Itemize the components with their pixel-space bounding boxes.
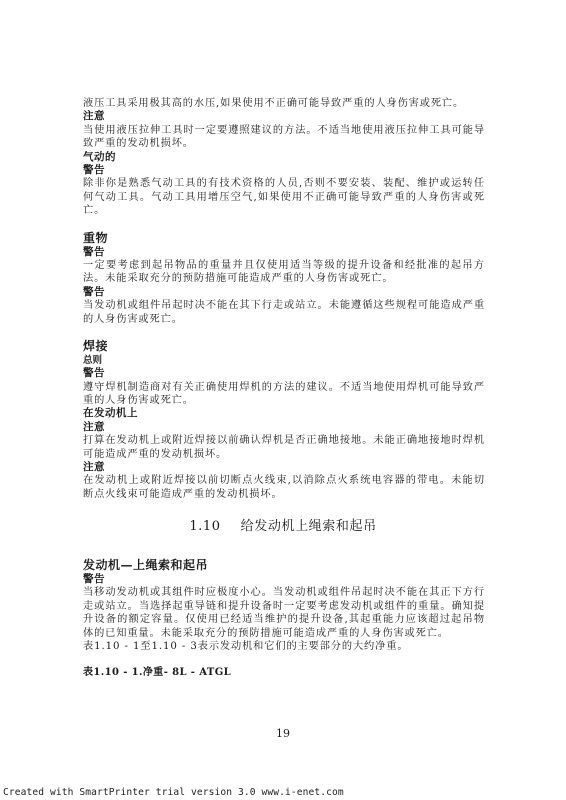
welding-on-engine-heading: 在发动机上 <box>83 407 485 420</box>
hydraulic-caution-text: 当使用液压拉伸工具时一定要遵照建议的方法。不适当地使用液压拉伸工具可能导致严重的… <box>83 124 485 151</box>
table-caption: 表1.10 - 1.净重- 8L - ATGL <box>83 666 485 679</box>
pneumatic-heading: 气动的 <box>83 151 485 164</box>
chapter-title: 1.10给发动机上绳索和起吊 <box>0 515 566 534</box>
pneumatic-warning-text: 除非你是熟悉气动工具的有技术资格的人员,否则不要安装、装配、维护或运转任何气动工… <box>83 177 485 217</box>
document-body-top: 液压工具采用极其高的水压,如果使用不正确可能导致严重的人身伤害或死亡。 注意 当… <box>83 97 485 501</box>
spacer <box>83 218 485 231</box>
rigging-heading: 发动机—上绳索和起吊 <box>83 558 485 573</box>
document-body-rigging: 发动机—上绳索和起吊 警告 当移动发动机或其组件时应极度小心。当发动机或组件吊起… <box>83 558 485 679</box>
warning-label: 警告 <box>83 246 485 259</box>
caution-label: 注意 <box>83 110 485 123</box>
heavy-objects-heading: 重物 <box>83 231 485 246</box>
watermark-footer: Created with SmartPrinter trial version … <box>3 787 344 798</box>
warning-label: 警告 <box>83 573 485 586</box>
hydraulic-warning-text: 液压工具采用极其高的水压,如果使用不正确可能导致严重的人身伤害或死亡。 <box>83 97 485 110</box>
caution-label: 注意 <box>83 461 485 474</box>
heavy-objects-warning-1-text: 一定要考虑到起吊物品的重量并且仅使用适当等级的提升设备和经批准的起吊方法。未能采… <box>83 259 485 286</box>
warning-label: 警告 <box>83 164 485 177</box>
warning-label: 警告 <box>83 286 485 299</box>
welding-warning-text: 遵守焊机制造商对有关正确使用焊机的方法的建议。不适当地使用焊机可能导致严重的人身… <box>83 381 485 408</box>
welding-caution-1-text: 打算在发动机上或附近焊接以前确认焊机是否正确地接地。未能正确地接地时焊机可能造成… <box>83 434 485 461</box>
welding-general-heading: 总则 <box>83 354 485 367</box>
chapter-title-text: 给发动机上绳索和起吊 <box>241 519 377 534</box>
welding-caution-2-text: 在发动机上或附近焊接以前切断点火线束,以消除点火系统电容器的带电。未能切断点火线… <box>83 474 485 501</box>
table-reference-text: 表1.10 - 1至1.10 - 3表示发动机和它们的主要部分的大约净重。 <box>83 640 485 653</box>
warning-label: 警告 <box>83 367 485 380</box>
page-number: 19 <box>0 727 566 740</box>
caution-label: 注意 <box>83 421 485 434</box>
heavy-objects-warning-2-text: 当发动机或组件吊起时决不能在其下行走或站立。未能遵循这些规程可能造成严重的人身伤… <box>83 299 485 326</box>
welding-heading: 焊接 <box>83 339 485 354</box>
chapter-number: 1.10 <box>189 519 220 534</box>
rigging-warning-text: 当移动发动机或其组件时应极度小心。当发动机或组件吊起时决不能在其正下方行走或站立… <box>83 586 485 640</box>
spacer <box>83 653 485 666</box>
spacer <box>83 326 485 339</box>
